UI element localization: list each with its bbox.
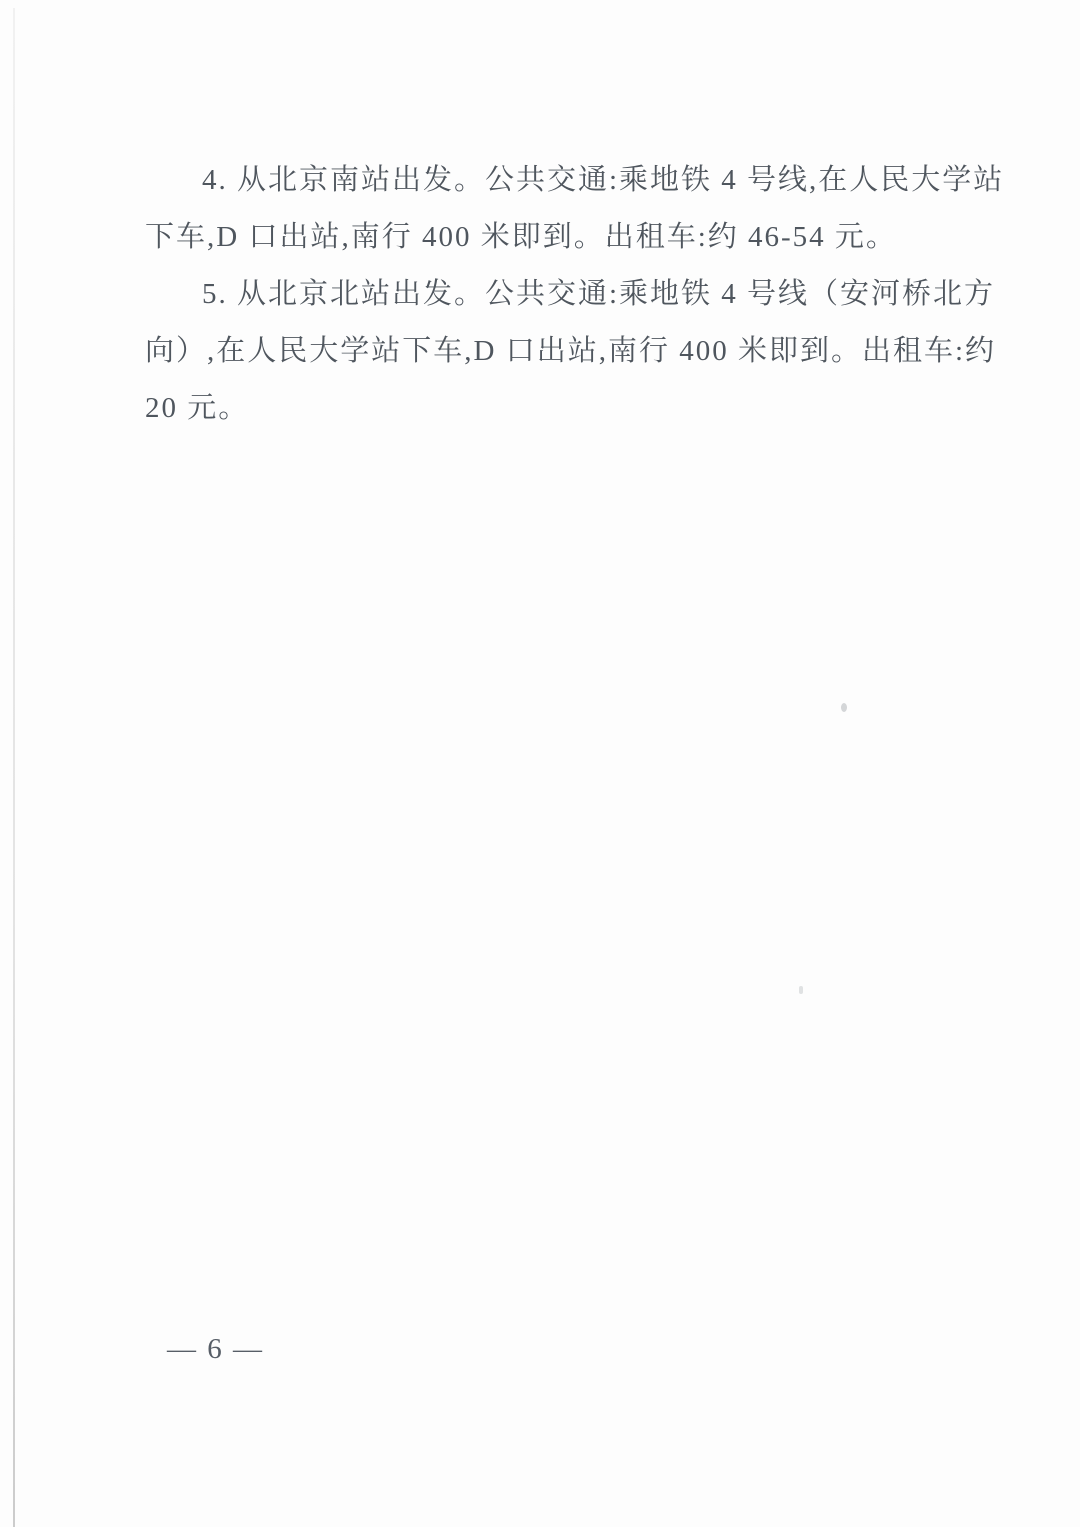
document-text-block: 4. 从北京南站出发。公共交通:乘地铁 4 号线,在人民大学站 下车,D 口出站… [145, 152, 955, 437]
paragraph-5-line-2: 向）,在人民大学站下车,D 口出站,南行 400 米即到。出租车:约 [145, 323, 955, 380]
paragraph-4-line-2: 下车,D 口出站,南行 400 米即到。出租车:约 46-54 元。 [145, 209, 955, 266]
paragraph-item-4: 4. 从北京南站出发。公共交通:乘地铁 4 号线,在人民大学站 下车,D 口出站… [145, 152, 955, 266]
paragraph-5-line-3: 20 元。 [145, 380, 955, 437]
scanned-document-page: 4. 从北京南站出发。公共交通:乘地铁 4 号线,在人民大学站 下车,D 口出站… [0, 0, 1080, 1527]
paragraph-5-line-1: 5. 从北京北站出发。公共交通:乘地铁 4 号线（安河桥北方 [145, 266, 955, 323]
scan-speck [841, 703, 847, 712]
paragraph-item-5: 5. 从北京北站出发。公共交通:乘地铁 4 号线（安河桥北方 向）,在人民大学站… [145, 266, 955, 437]
paragraph-4-line-1: 4. 从北京南站出发。公共交通:乘地铁 4 号线,在人民大学站 [145, 152, 955, 209]
page-number: — 6 — [167, 1333, 264, 1366]
scan-speck [799, 986, 803, 994]
scan-edge-artifact [13, 8, 15, 1527]
